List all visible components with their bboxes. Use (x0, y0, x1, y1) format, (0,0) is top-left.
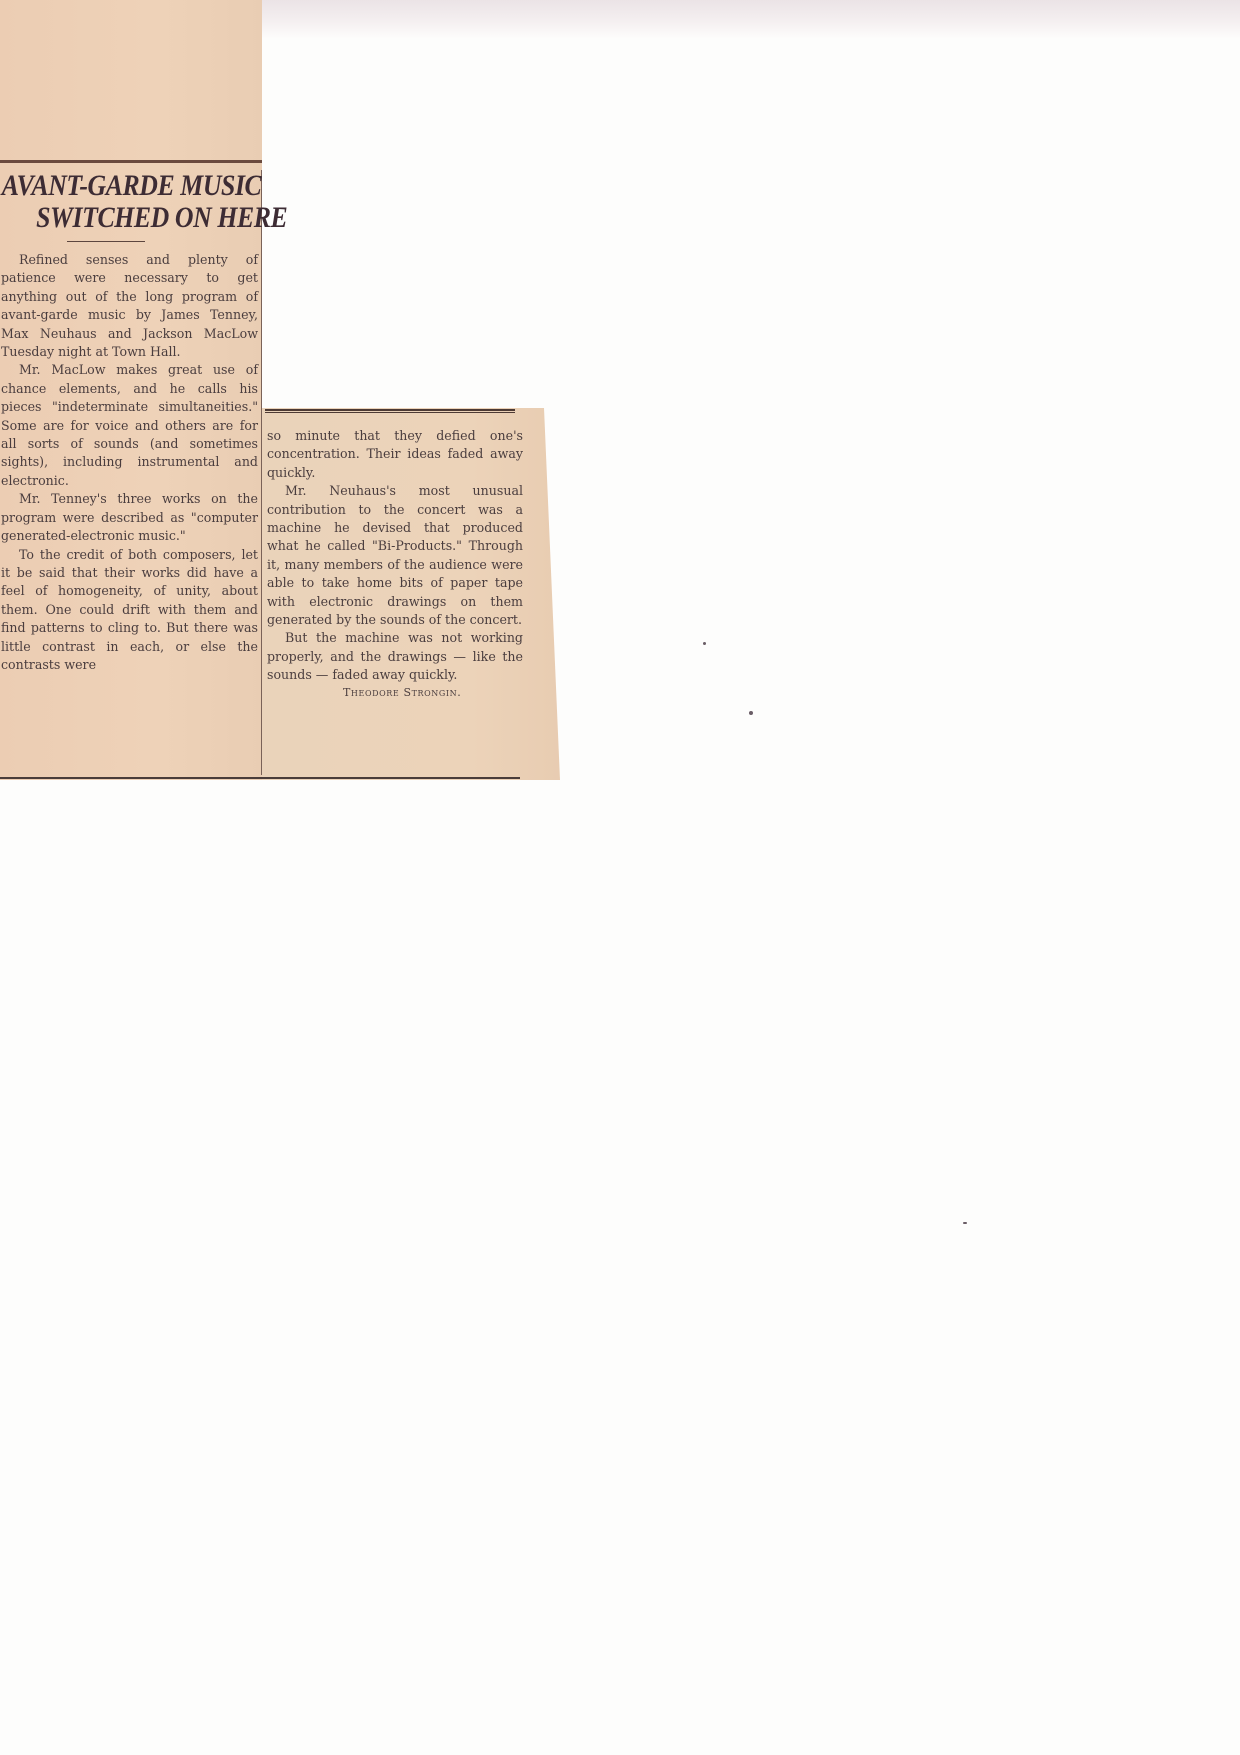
article-column-left: Refined senses and plenty of patience we… (1, 251, 258, 674)
scan-speck (963, 1222, 967, 1224)
second-column-top-rule (265, 409, 515, 413)
article-column-right: so minute that they defied one's concent… (267, 427, 523, 701)
paragraph: But the machine was not working properly… (267, 629, 523, 684)
column-divider (261, 170, 262, 775)
top-rule (0, 160, 262, 163)
paragraph: Mr. Tenney's three works on the program … (1, 490, 258, 545)
headline: AVANT-GARDE MUSIC SWITCHED ON HERE (0, 170, 258, 234)
bottom-rule (0, 777, 520, 779)
headline-line-1: AVANT-GARDE MUSIC (0, 170, 222, 202)
paragraph: Mr. MacLow makes great use of chance ele… (1, 361, 258, 490)
paragraph: Mr. Neuhaus's most unusual contribution … (267, 482, 523, 629)
scan-speck (749, 711, 753, 715)
paragraph-continuation: so minute that they defied one's concent… (267, 427, 523, 482)
byline: Theodore Strongin. (267, 685, 523, 701)
headline-divider (67, 241, 145, 242)
paragraph: To the credit of both composers, let it … (1, 546, 258, 675)
paragraph: Refined senses and plenty of patience we… (1, 251, 258, 361)
scanner-shadow-band (262, 0, 1240, 38)
headline-line-2: SWITCHED ON HERE (36, 202, 258, 234)
scan-speck (703, 642, 706, 645)
